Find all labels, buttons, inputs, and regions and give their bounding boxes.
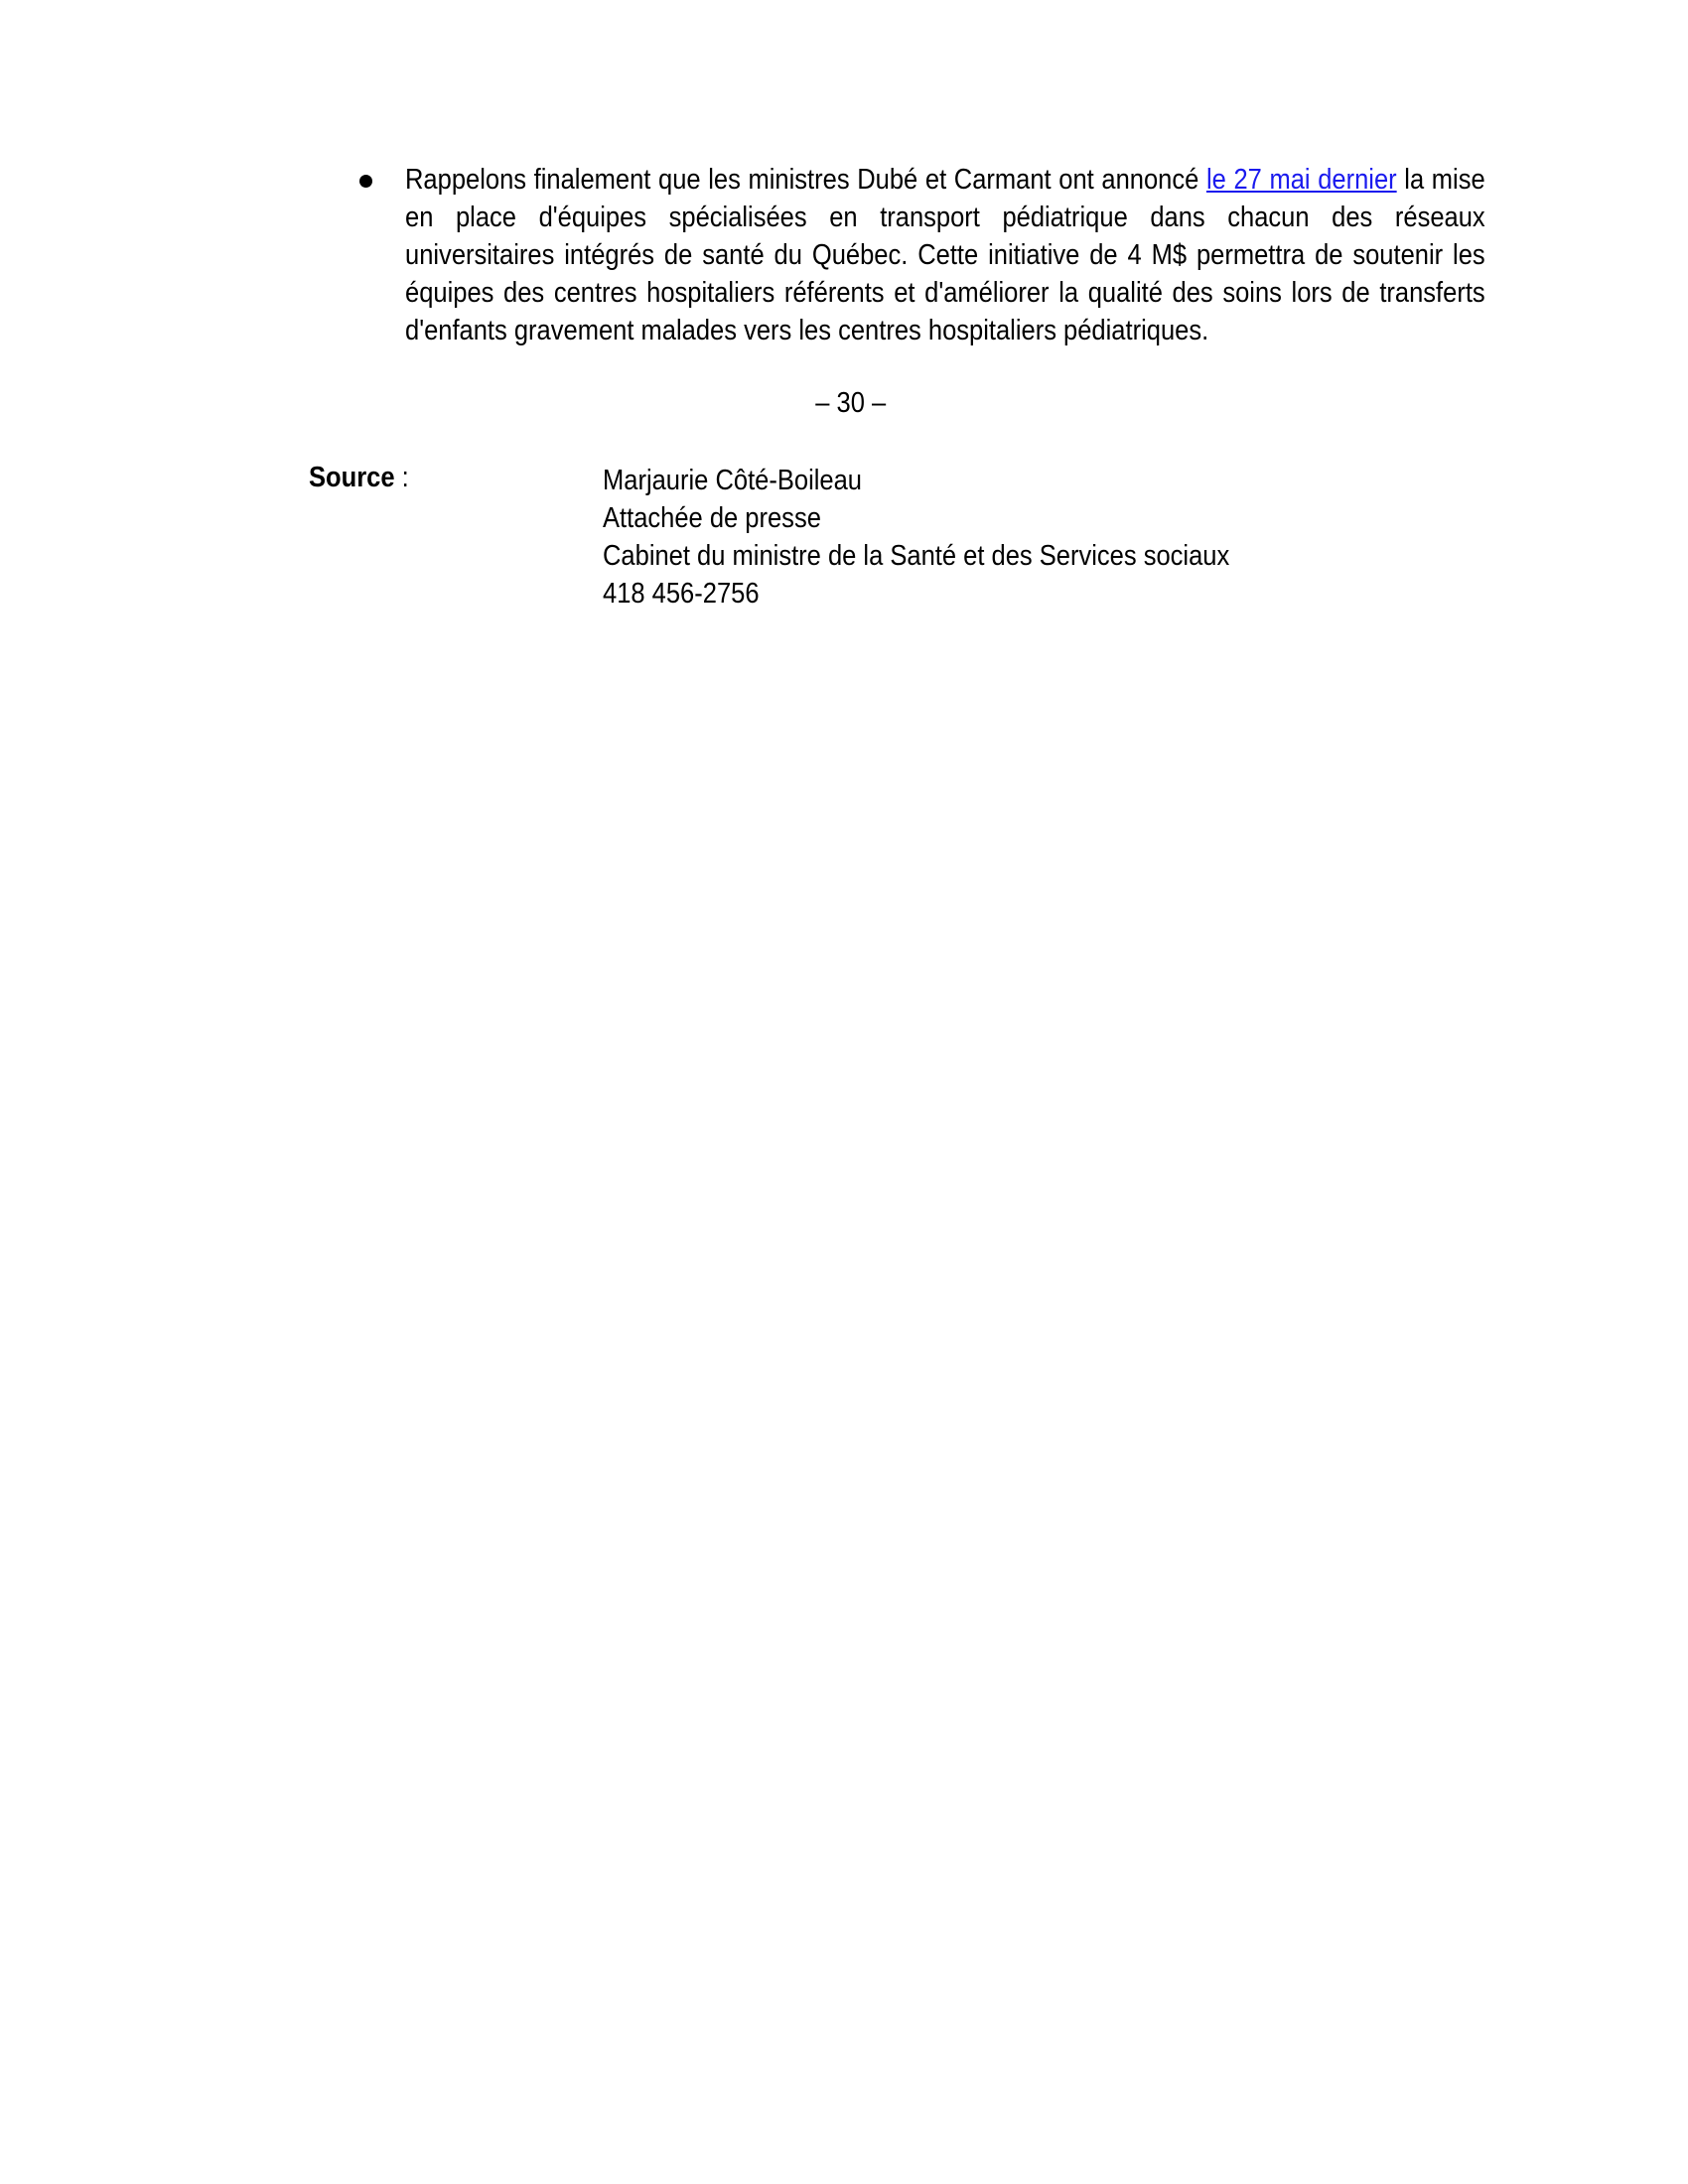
contact-phone: 418 456-2756 bbox=[603, 575, 1229, 613]
bullet-text: Rappelons finalement que les ministres D… bbox=[405, 161, 1485, 349]
source-label-text: Source bbox=[309, 462, 395, 493]
source-separator: : bbox=[395, 462, 409, 493]
bullet-icon bbox=[359, 175, 372, 188]
contact-name: Marjaurie Côté-Boileau bbox=[603, 462, 1229, 499]
contact-office: Cabinet du ministre de la Santé et des S… bbox=[603, 537, 1229, 575]
bullet-text-before-link: Rappelons finalement que les ministres D… bbox=[405, 164, 1206, 196]
contact-title: Attachée de presse bbox=[603, 499, 1229, 537]
source-contact: Marjaurie Côté-Boileau Attachée de press… bbox=[603, 462, 1229, 613]
end-marker: – 30 – bbox=[108, 387, 1594, 420]
source-label: Source : bbox=[309, 462, 409, 494]
bullet-paragraph: Rappelons finalement que les ministres D… bbox=[355, 161, 1487, 349]
document-page: Rappelons finalement que les ministres D… bbox=[0, 0, 1688, 2184]
announcement-date-link[interactable]: le 27 mai dernier bbox=[1206, 164, 1397, 196]
